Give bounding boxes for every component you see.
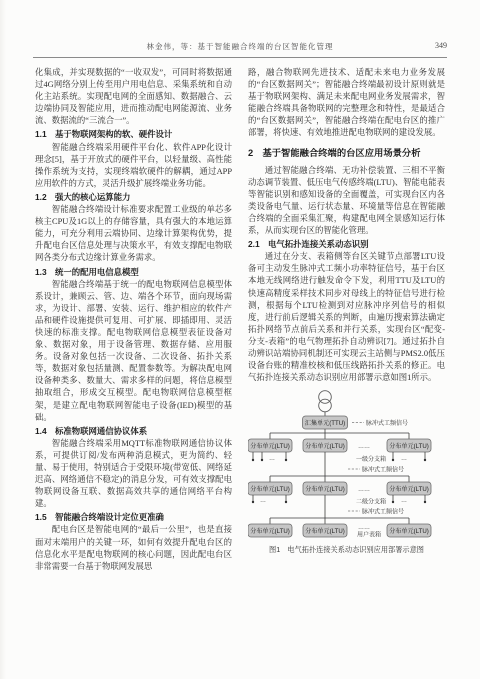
right-heading-3: 2.1 电气拓扑连接关系动态识别	[248, 238, 445, 250]
right-para-2: 通过智能融合终端、无功补偿装置、三相不平衡动态调节装置、低压电气传感终端(LTU…	[248, 165, 445, 238]
right-section-1: 2 基于智能融合终端的台区应用场景分析	[248, 147, 445, 159]
svg-text:分布单元(LTU): 分布单元(LTU)	[250, 442, 290, 450]
svg-text:…: …	[260, 498, 266, 504]
svg-text:…: …	[401, 456, 407, 462]
meter-taps-l2-left: …	[252, 495, 287, 504]
level3-label: 用户表箱	[357, 531, 381, 539]
header-rule	[33, 57, 447, 58]
meter-taps-l2-right: …	[392, 495, 426, 504]
figure-1-caption: 图1 电气拓扑连接关系动态识别应用部署示意图	[248, 544, 445, 556]
svg-text:分布单元(LTU): 分布单元(LTU)	[305, 485, 345, 493]
ltu-node-l1-right: 分布单元(LTU)	[387, 439, 431, 452]
legend-pulse-signal-3: 脉冲式工频信号	[362, 508, 404, 516]
left-heading-9: 1.5 智能融合终端设计定位更准确	[35, 511, 232, 523]
svg-text:分布单元(LTU): 分布单元(LTU)	[389, 485, 429, 493]
ltu-node-l3-left: 分布单元(LTU)	[248, 524, 292, 537]
svg-text:分布单元(LTU): 分布单元(LTU)	[250, 485, 290, 493]
right-column: 路，融合物联网先进技术、适配未来电力业务发展的“台区数据网关”；智能融合终端最初…	[248, 67, 445, 573]
running-head-title: 林金伟，等：基于智能融合终端的台区智能化管理	[33, 41, 447, 52]
ellipsis-l2: ……	[358, 487, 370, 493]
svg-text:…: …	[269, 456, 275, 462]
topology-diagram: 汇集单元(TTU) 脉冲式工频信号 分布单元(LTU)	[248, 389, 445, 541]
ltu-node-l1-center: 分布单元(LTU)	[303, 439, 347, 452]
ellipsis-l1: ……	[358, 444, 370, 450]
ttu-node-label: 汇集单元(TTU)	[305, 419, 345, 427]
left-para-10: 配电台区是智能电网的“最后一公里”，也是直接面对末端用户的关键一环，如何有效提升…	[35, 524, 232, 572]
ltu-node-l1-left: 分布单元(LTU)	[248, 439, 292, 452]
svg-text:分布单元(LTU): 分布单元(LTU)	[389, 527, 429, 535]
left-heading-1: 1.1 基于物联网架构的软、硬件设计	[35, 128, 232, 140]
svg-text:分布单元(LTU): 分布单元(LTU)	[250, 527, 290, 535]
running-head: 林金伟，等：基于智能融合终端的台区智能化管理 349	[33, 41, 447, 53]
level1-label: 一级分支箱	[356, 455, 386, 463]
two-column-body: 化集成，并实现数据的“一收双发”，可同时将数据通过4G网络分别上传至用户用电信息…	[35, 67, 445, 573]
paper-page: 林金伟，等：基于智能融合终端的台区智能化管理 349 化集成，并实现数据的“一收…	[0, 0, 480, 679]
left-heading-5: 1.3 统一的配用电信息模型	[35, 266, 232, 278]
left-para-4: 智能融合终端设计标准要求配置工业级的单芯多核主CPU及1G以上的存储容量，具有强…	[35, 204, 232, 264]
left-para-6: 智能融合终端基于统一的配电物联网信息模型体系设计，兼顾云、管、边、端各个环节，面…	[35, 279, 232, 424]
meter-taps-l1-left: …	[252, 452, 287, 462]
svg-text:分布单元(LTU): 分布单元(LTU)	[305, 442, 345, 450]
level2-label: 二级分支箱	[356, 498, 386, 506]
ltu-node-l2-left: 分布单元(LTU)	[248, 482, 292, 495]
right-column-text: 路，融合物联网先进技术、适配未来电力业务发展的“台区数据网关”；智能融合终端最初…	[248, 67, 445, 384]
left-para-2: 智能融合终端采用硬件平台化、软件APP化设计理念[5]，基于开放式的硬件平台，以…	[35, 142, 232, 190]
ltu-node-l3-center: 分布单元(LTU)	[303, 524, 347, 537]
ltu-node-l3-right: 分布单元(LTU)	[387, 524, 431, 537]
left-heading-7: 1.4 标准物联网通信协议体系	[35, 425, 232, 437]
left-heading-3: 1.2 强大的核心运算能力	[35, 191, 232, 203]
ttu-node: 汇集单元(TTU)	[303, 416, 348, 429]
svg-text:分布单元(LTU): 分布单元(LTU)	[305, 527, 345, 535]
ltu-node-l2-right: 分布单元(LTU)	[387, 482, 431, 495]
page-number: 349	[435, 41, 447, 50]
svg-text:…: …	[401, 498, 407, 504]
figure-1: 汇集单元(TTU) 脉冲式工频信号 分布单元(LTU)	[248, 389, 445, 556]
legend-pulse-signal-1: 脉冲式工频信号	[366, 419, 408, 427]
right-para-4: 通过在分支、表箱侧等台区关键节点部署LTU设备可主动发生脉冲式工频小功率特征信号…	[248, 251, 445, 384]
right-para-0: 路，融合物联网先进技术、适配未来电力业务发展的“台区数据网关”；智能融合终端最初…	[248, 67, 445, 140]
legend-pulse-signal-2: 脉冲式工频信号	[362, 466, 404, 474]
transformer-icon	[319, 391, 332, 412]
svg-text:分布单元(LTU): 分布单元(LTU)	[389, 442, 429, 450]
left-column: 化集成，并实现数据的“一收双发”，可同时将数据通过4G网络分别上传至用户用电信息…	[35, 67, 232, 573]
ellipsis-l3: ……	[358, 525, 370, 531]
ltu-node-l2-center: 分布单元(LTU)	[303, 482, 347, 495]
left-para-0: 化集成，并实现数据的“一收双发”，可同时将数据通过4G网络分别上传至用户用电信息…	[35, 67, 232, 127]
left-para-8: 智能融合终端采用MQTT标准物联网通信协议体系，可提供订阅/发布两种消息模式，更…	[35, 438, 232, 511]
meter-taps-l1-right: …	[392, 452, 426, 462]
